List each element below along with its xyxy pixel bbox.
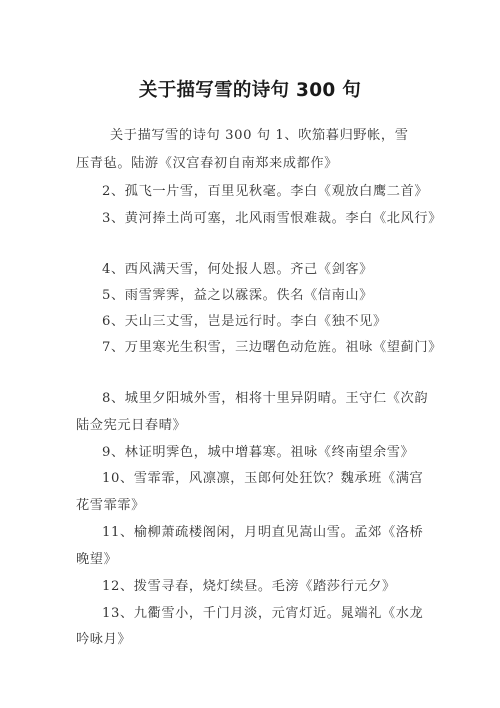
- poem-line: 关于描写雪的诗句 300 句 1、吹笳暮归野帐，雪: [110, 124, 409, 143]
- poem-line: 11、榆柳萧疏楼阁闲，月明直见嵩山雪。孟郊《洛桥: [102, 521, 423, 540]
- poem-line: 10、雪霏霏，风凛凛，玉郎何处狂饮？魏承班《满宫: [102, 467, 423, 486]
- poem-line: 6、天山三丈雪，岂是远行时。李白《独不见》: [102, 310, 387, 329]
- poem-line: 4、西风满天雪，何处报人恩。齐己《剑客》: [102, 258, 373, 277]
- poem-line: 12、拨雪寻春，烧灯续昼。毛滂《踏莎行元夕》: [102, 575, 396, 594]
- poem-line: 吟咏月》: [76, 628, 131, 647]
- poem-line: 陆佥宪元日春晴》: [76, 414, 186, 433]
- poem-line: 9、林证明霁色，城中增暮寒。祖咏《终南望余雪》: [102, 441, 414, 460]
- poem-line: 7、万里寒光生积雪，三边曙色动危旌。祖咏《望蓟门》: [102, 336, 442, 355]
- poem-line: 晚望》: [76, 548, 117, 567]
- poem-line: 8、城里夕阳城外雪，相将十里异阴晴。王守仁《次韵: [102, 387, 428, 406]
- poem-line: 3、黄河捧土尚可塞，北风雨雪恨难裁。李白《北风行》: [102, 207, 442, 226]
- document-title: 关于描写雪的诗句 300 句: [0, 76, 500, 102]
- poem-line: 13、九衢雪小，千门月淡，元宵灯近。晁端礼《水龙: [102, 602, 423, 621]
- poem-line: 压青毡。陆游《汉宫春初自南郑来成都作》: [76, 152, 338, 171]
- poem-line: 5、雨雪霁霁，益之以霡霂。佚名《信南山》: [102, 284, 373, 303]
- poem-line: 2、孤飞一片雪，百里见秋毫。李白《观放白鹰二首》: [102, 180, 428, 199]
- poem-line: 花雪霏霏》: [76, 494, 145, 513]
